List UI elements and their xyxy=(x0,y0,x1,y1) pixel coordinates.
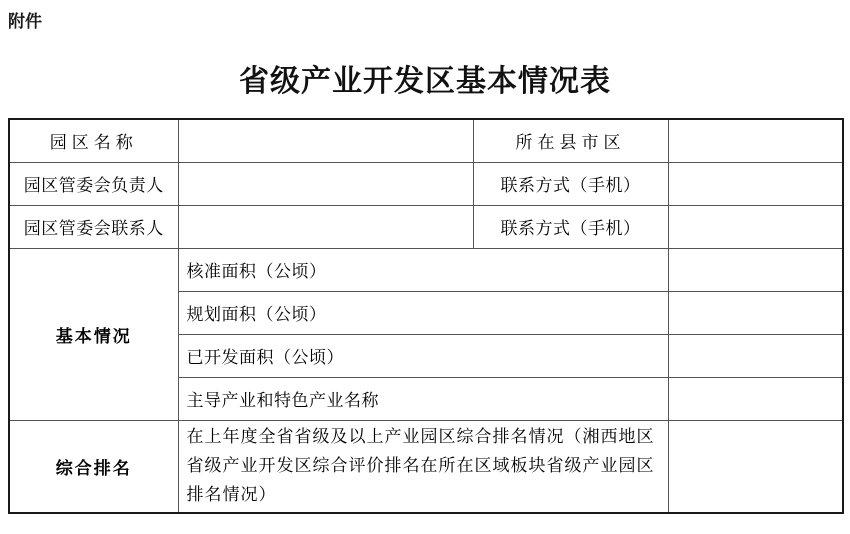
page-title: 省级产业开发区基本情况表 xyxy=(0,56,850,100)
committee-contact-phone-value-cell[interactable] xyxy=(668,205,843,248)
committee-contact-phone-label: 联系方式（手机） xyxy=(473,205,668,248)
table-row-committee-head: 园区管委会负责人 联系方式（手机） xyxy=(9,162,843,205)
developed-area-value-cell[interactable] xyxy=(668,334,843,377)
approved-area-value-cell[interactable] xyxy=(668,248,843,291)
developed-area-label: 已开发面积（公顷） xyxy=(178,334,668,377)
county-label: 所在县市区 xyxy=(473,119,668,162)
committee-head-phone-value-cell[interactable] xyxy=(668,162,843,205)
committee-contact-label: 园区管委会联系人 xyxy=(9,205,178,248)
planned-area-label: 规划面积（公顷） xyxy=(178,291,668,334)
table-row-committee-contact: 园区管委会联系人 联系方式（手机） xyxy=(9,205,843,248)
attachment-label: 附件 xyxy=(8,7,42,32)
info-table: 园区名称 所在县市区 园区管委会负责人 联系方式（手机） 园区管委会联系人 联系… xyxy=(8,118,844,514)
committee-head-value-cell[interactable] xyxy=(178,162,473,205)
ranking-description: 在上年度全省省级及以上产业园区综合排名情况（湘西地区省级产业开发区综合评价排名在… xyxy=(178,420,668,513)
park-name-label: 园区名称 xyxy=(9,119,178,162)
basic-info-section-label: 基本情况 xyxy=(9,248,178,420)
table-row-approved-area: 基本情况 核准面积（公顷） xyxy=(9,248,843,291)
ranking-value-cell[interactable] xyxy=(668,420,843,513)
approved-area-label: 核准面积（公顷） xyxy=(178,248,668,291)
committee-head-phone-label: 联系方式（手机） xyxy=(473,162,668,205)
table-row-ranking: 综合排名 在上年度全省省级及以上产业园区综合排名情况（湘西地区省级产业开发区综合… xyxy=(9,420,843,513)
ranking-section-label: 综合排名 xyxy=(9,420,178,513)
planned-area-value-cell[interactable] xyxy=(668,291,843,334)
table-row-park-name: 园区名称 所在县市区 xyxy=(9,119,843,162)
leading-industries-value-cell[interactable] xyxy=(668,377,843,420)
committee-contact-value-cell[interactable] xyxy=(178,205,473,248)
committee-head-label: 园区管委会负责人 xyxy=(9,162,178,205)
leading-industries-label: 主导产业和特色产业名称 xyxy=(178,377,668,420)
park-name-value-cell[interactable] xyxy=(178,119,473,162)
county-value-cell[interactable] xyxy=(668,119,843,162)
document-page: { "page": { "attachment_label": "附件", "t… xyxy=(0,0,850,534)
